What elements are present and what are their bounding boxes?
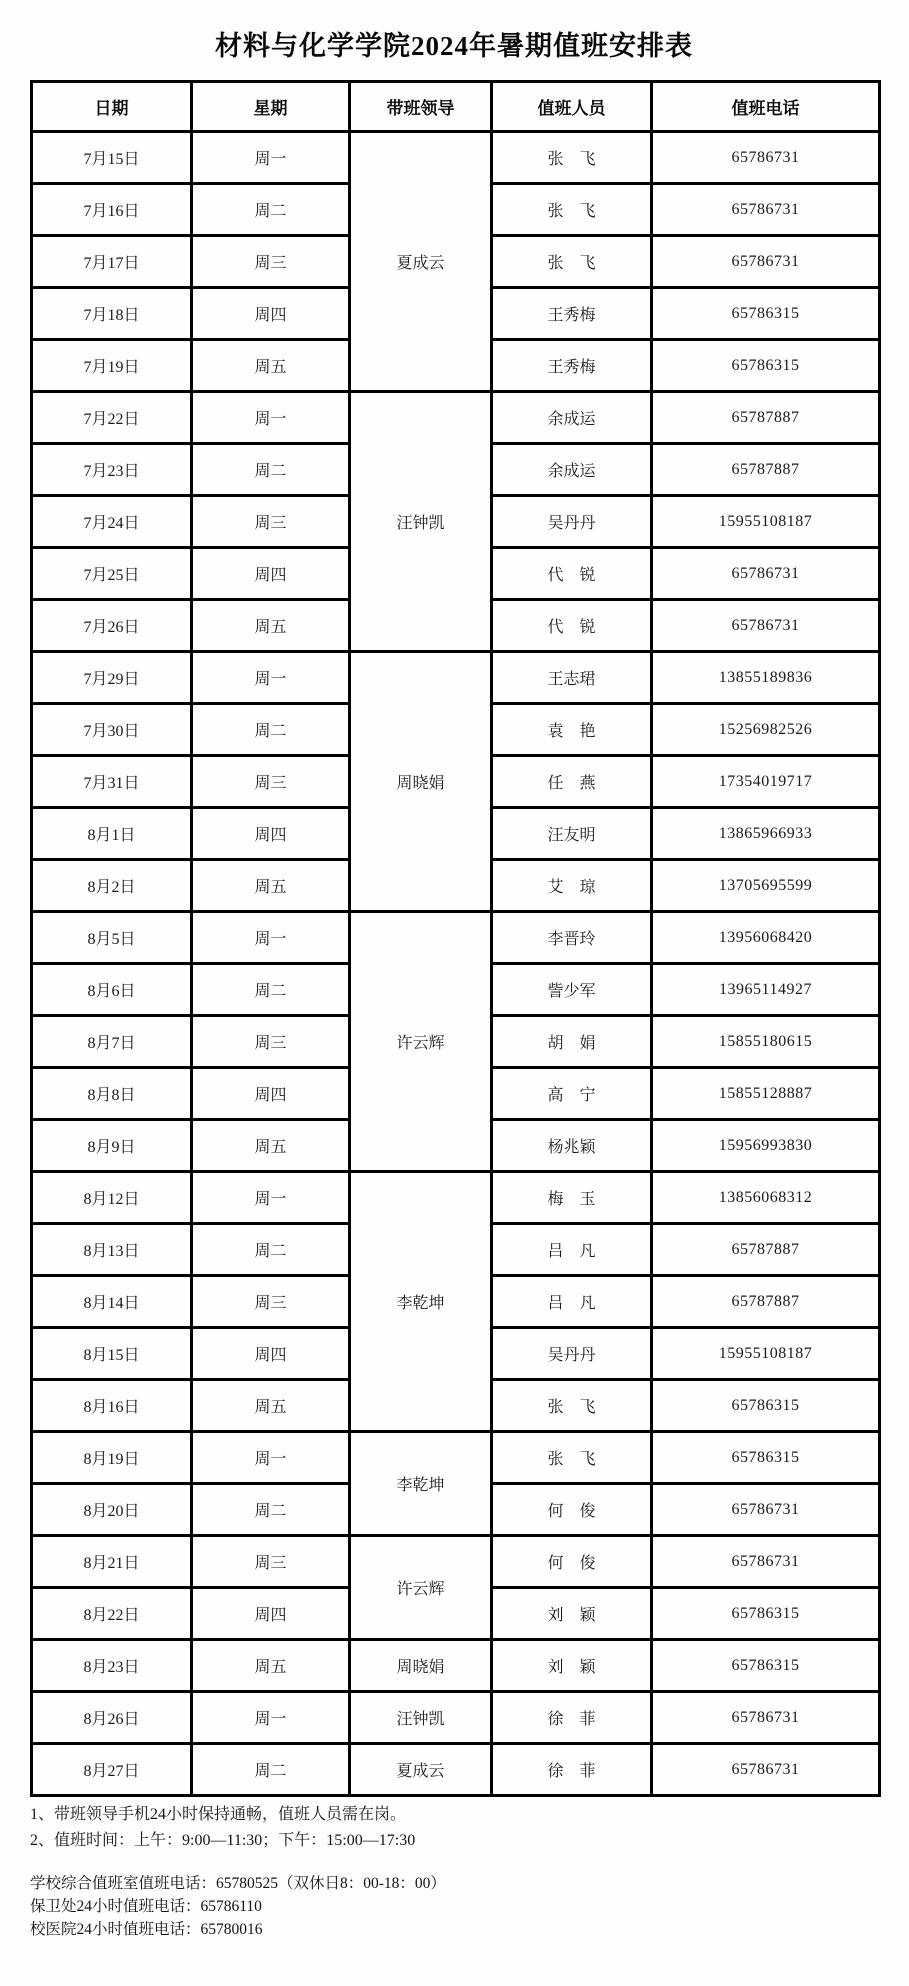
table-row: 8月19日周一李乾坤张 飞65786315: [32, 1432, 880, 1484]
table-row: 8月21日周三许云辉何 俊65786731: [32, 1536, 880, 1588]
phone-cell: 17354019717: [652, 756, 880, 808]
date-cell: 8月7日: [32, 1016, 192, 1068]
person-cell: 梅 玉: [492, 1172, 652, 1224]
weekday-cell: 周二: [192, 1224, 350, 1276]
weekday-cell: 周四: [192, 1328, 350, 1380]
weekday-cell: 周一: [192, 652, 350, 704]
person-cell: 刘 颖: [492, 1640, 652, 1692]
table-row: 8月12日周一李乾坤梅 玉13856068312: [32, 1172, 880, 1224]
date-cell: 7月22日: [32, 392, 192, 444]
weekday-cell: 周四: [192, 1588, 350, 1640]
weekday-cell: 周二: [192, 1484, 350, 1536]
person-cell: 王秀梅: [492, 340, 652, 392]
date-cell: 8月22日: [32, 1588, 192, 1640]
contact-line: 保卫处24小时值班电话：65786110: [30, 1895, 446, 1918]
phone-cell: 65786731: [652, 548, 880, 600]
person-cell: 余成运: [492, 444, 652, 496]
person-cell: 高 宁: [492, 1068, 652, 1120]
phone-cell: 13865966933: [652, 808, 880, 860]
person-cell: 张 飞: [492, 236, 652, 288]
date-cell: 8月21日: [32, 1536, 192, 1588]
phone-cell: 65786315: [652, 1380, 880, 1432]
phone-cell: 15256982526: [652, 704, 880, 756]
person-cell: 訾少军: [492, 964, 652, 1016]
date-cell: 8月12日: [32, 1172, 192, 1224]
person-cell: 何 俊: [492, 1536, 652, 1588]
leader-cell: 夏成云: [350, 1744, 492, 1796]
leader-cell: 李乾坤: [350, 1432, 492, 1536]
person-cell: 吕 凡: [492, 1276, 652, 1328]
phone-cell: 65786731: [652, 236, 880, 288]
person-cell: 吕 凡: [492, 1224, 652, 1276]
notes-block: 1、带班领导手机24小时保持通畅，值班人员需在岗。 2、值班时间：上午：9:00…: [30, 1802, 415, 1854]
weekday-cell: 周五: [192, 600, 350, 652]
header-weekday: 星期: [192, 82, 350, 132]
date-cell: 8月27日: [32, 1744, 192, 1796]
phone-cell: 65787887: [652, 444, 880, 496]
person-cell: 刘 颖: [492, 1588, 652, 1640]
person-cell: 袁 艳: [492, 704, 652, 756]
phone-cell: 15855180615: [652, 1016, 880, 1068]
weekday-cell: 周三: [192, 1276, 350, 1328]
person-cell: 代 锐: [492, 548, 652, 600]
leader-cell: 周晓娟: [350, 1640, 492, 1692]
leader-cell: 周晓娟: [350, 652, 492, 912]
table-row: 8月5日周一许云辉李晋玲13956068420: [32, 912, 880, 964]
leader-cell: 李乾坤: [350, 1172, 492, 1432]
person-cell: 李晋玲: [492, 912, 652, 964]
leader-cell: 夏成云: [350, 132, 492, 392]
person-cell: 徐 菲: [492, 1692, 652, 1744]
person-cell: 张 飞: [492, 132, 652, 184]
leader-cell: 汪钟凯: [350, 392, 492, 652]
weekday-cell: 周三: [192, 756, 350, 808]
phone-cell: 65786315: [652, 1588, 880, 1640]
weekday-cell: 周五: [192, 340, 350, 392]
date-cell: 7月15日: [32, 132, 192, 184]
phone-cell: 13855189836: [652, 652, 880, 704]
person-cell: 吴丹丹: [492, 496, 652, 548]
date-cell: 8月5日: [32, 912, 192, 964]
weekday-cell: 周五: [192, 1120, 350, 1172]
phone-cell: 15855128887: [652, 1068, 880, 1120]
weekday-cell: 周一: [192, 132, 350, 184]
duty-schedule-table: 日期 星期 带班领导 值班人员 值班电话 7月15日周一夏成云张 飞657867…: [30, 80, 881, 1797]
person-cell: 张 飞: [492, 1380, 652, 1432]
date-cell: 7月24日: [32, 496, 192, 548]
phone-cell: 65786731: [652, 1744, 880, 1796]
phone-cell: 65786731: [652, 184, 880, 236]
note-line: 1、带班领导手机24小时保持通畅，值班人员需在岗。: [30, 1802, 415, 1828]
weekday-cell: 周二: [192, 184, 350, 236]
date-cell: 8月8日: [32, 1068, 192, 1120]
note-line: 2、值班时间：上午：9:00—11:30；下午：15:00—17:30: [30, 1828, 415, 1854]
weekday-cell: 周三: [192, 496, 350, 548]
table-row: 8月27日周二夏成云徐 菲65786731: [32, 1744, 880, 1796]
date-cell: 8月23日: [32, 1640, 192, 1692]
phone-cell: 15955108187: [652, 1328, 880, 1380]
person-cell: 杨兆颖: [492, 1120, 652, 1172]
date-cell: 7月25日: [32, 548, 192, 600]
header-phone: 值班电话: [652, 82, 880, 132]
person-cell: 任 燕: [492, 756, 652, 808]
weekday-cell: 周二: [192, 964, 350, 1016]
phone-cell: 13965114927: [652, 964, 880, 1016]
person-cell: 徐 菲: [492, 1744, 652, 1796]
person-cell: 余成运: [492, 392, 652, 444]
leader-cell: 许云辉: [350, 912, 492, 1172]
phone-cell: 65786731: [652, 1536, 880, 1588]
date-cell: 7月16日: [32, 184, 192, 236]
phone-cell: 15955108187: [652, 496, 880, 548]
date-cell: 8月14日: [32, 1276, 192, 1328]
date-cell: 8月9日: [32, 1120, 192, 1172]
phone-cell: 65786315: [652, 1640, 880, 1692]
contact-line: 学校综合值班室值班电话：65780525（双休日8：00-18：00）: [30, 1872, 446, 1895]
weekday-cell: 周一: [192, 912, 350, 964]
phone-cell: 65786315: [652, 288, 880, 340]
date-cell: 7月29日: [32, 652, 192, 704]
weekday-cell: 周四: [192, 1068, 350, 1120]
date-cell: 8月2日: [32, 860, 192, 912]
weekday-cell: 周一: [192, 1692, 350, 1744]
date-cell: 7月31日: [32, 756, 192, 808]
header-person: 值班人员: [492, 82, 652, 132]
date-cell: 8月16日: [32, 1380, 192, 1432]
date-cell: 7月18日: [32, 288, 192, 340]
weekday-cell: 周四: [192, 288, 350, 340]
phone-cell: 65786731: [652, 1484, 880, 1536]
leader-cell: 许云辉: [350, 1536, 492, 1640]
page-title: 材料与化学学院2024年暑期值班安排表: [30, 24, 878, 63]
header-row: 日期 星期 带班领导 值班人员 值班电话: [32, 82, 880, 132]
date-cell: 8月26日: [32, 1692, 192, 1744]
person-cell: 王志珺: [492, 652, 652, 704]
date-cell: 8月6日: [32, 964, 192, 1016]
weekday-cell: 周五: [192, 1640, 350, 1692]
document-page: 材料与化学学院2024年暑期值班安排表 日期 星期 带班领导 值班人员 值班电话…: [0, 0, 909, 1986]
weekday-cell: 周二: [192, 444, 350, 496]
table-row: 8月23日周五周晓娟刘 颖65786315: [32, 1640, 880, 1692]
phone-cell: 65787887: [652, 1276, 880, 1328]
weekday-cell: 周二: [192, 704, 350, 756]
person-cell: 王秀梅: [492, 288, 652, 340]
date-cell: 7月19日: [32, 340, 192, 392]
person-cell: 何 俊: [492, 1484, 652, 1536]
date-cell: 8月13日: [32, 1224, 192, 1276]
table-row: 8月26日周一汪钟凯徐 菲65786731: [32, 1692, 880, 1744]
date-cell: 7月30日: [32, 704, 192, 756]
phone-cell: 65786731: [652, 132, 880, 184]
phone-cell: 13856068312: [652, 1172, 880, 1224]
leader-cell: 汪钟凯: [350, 1692, 492, 1744]
weekday-cell: 周四: [192, 548, 350, 600]
person-cell: 代 锐: [492, 600, 652, 652]
phone-cell: 65786731: [652, 600, 880, 652]
table-row: 7月15日周一夏成云张 飞65786731: [32, 132, 880, 184]
phone-cell: 13705695599: [652, 860, 880, 912]
weekday-cell: 周三: [192, 1016, 350, 1068]
phone-cell: 65786731: [652, 1692, 880, 1744]
date-cell: 8月19日: [32, 1432, 192, 1484]
contact-line: 校医院24小时值班电话：65780016: [30, 1918, 446, 1941]
phone-cell: 15956993830: [652, 1120, 880, 1172]
date-cell: 8月1日: [32, 808, 192, 860]
table-header: 日期 星期 带班领导 值班人员 值班电话: [32, 82, 880, 132]
phone-cell: 65787887: [652, 392, 880, 444]
weekday-cell: 周三: [192, 236, 350, 288]
date-cell: 7月17日: [32, 236, 192, 288]
date-cell: 7月26日: [32, 600, 192, 652]
header-date: 日期: [32, 82, 192, 132]
contacts-block: 学校综合值班室值班电话：65780525（双休日8：00-18：00） 保卫处2…: [30, 1872, 446, 1941]
phone-cell: 65787887: [652, 1224, 880, 1276]
weekday-cell: 周一: [192, 392, 350, 444]
weekday-cell: 周五: [192, 1380, 350, 1432]
phone-cell: 65786315: [652, 340, 880, 392]
table-row: 7月29日周一周晓娟王志珺13855189836: [32, 652, 880, 704]
person-cell: 张 飞: [492, 184, 652, 236]
person-cell: 艾 琼: [492, 860, 652, 912]
person-cell: 吴丹丹: [492, 1328, 652, 1380]
date-cell: 8月20日: [32, 1484, 192, 1536]
person-cell: 胡 娟: [492, 1016, 652, 1068]
header-leader: 带班领导: [350, 82, 492, 132]
phone-cell: 65786315: [652, 1432, 880, 1484]
person-cell: 汪友明: [492, 808, 652, 860]
date-cell: 8月15日: [32, 1328, 192, 1380]
table-row: 7月22日周一汪钟凯余成运65787887: [32, 392, 880, 444]
weekday-cell: 周一: [192, 1432, 350, 1484]
duty-table-body: 7月15日周一夏成云张 飞657867317月16日周二张 飞657867317…: [32, 132, 880, 1796]
weekday-cell: 周三: [192, 1536, 350, 1588]
weekday-cell: 周四: [192, 808, 350, 860]
weekday-cell: 周五: [192, 860, 350, 912]
weekday-cell: 周二: [192, 1744, 350, 1796]
date-cell: 7月23日: [32, 444, 192, 496]
person-cell: 张 飞: [492, 1432, 652, 1484]
weekday-cell: 周一: [192, 1172, 350, 1224]
phone-cell: 13956068420: [652, 912, 880, 964]
